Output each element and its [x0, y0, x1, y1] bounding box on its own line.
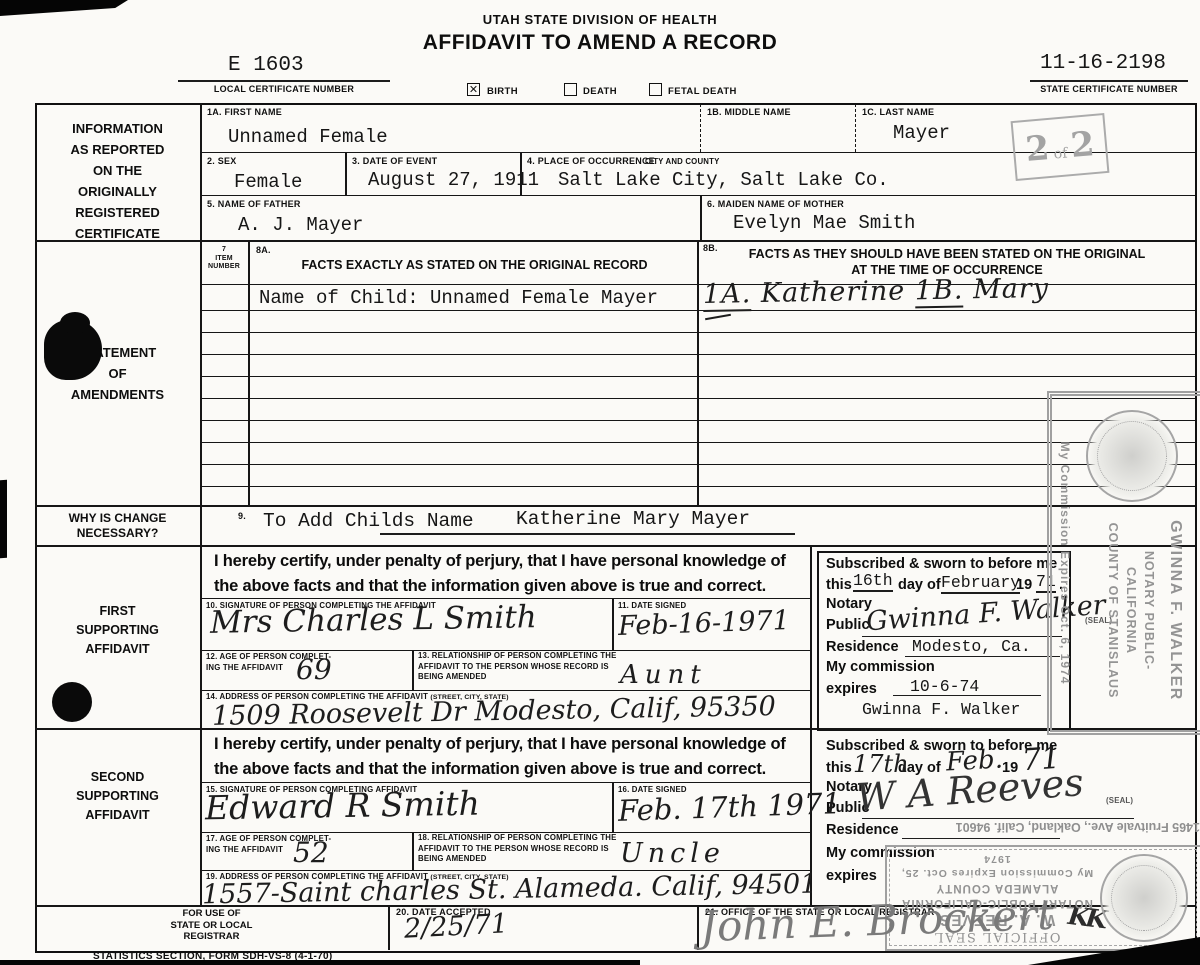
stamp-of: of [1053, 145, 1068, 162]
grid-line [200, 442, 1195, 443]
page-title: AFFIDAVIT TO AMEND A RECORD [0, 31, 1200, 55]
birth-check-mark: ✕ [469, 85, 478, 94]
corrected-item-b: 1B. [915, 274, 964, 308]
grid-line [200, 332, 1195, 333]
date-signed1-value: Feb-16-1971 [618, 605, 791, 642]
grid-line [612, 598, 614, 650]
date-of-event-label: 3. DATE OF EVENT [352, 156, 437, 168]
reeves-stamp-commission: My Commission Expires Oct. 25, 1974 [897, 852, 1097, 880]
middle-name-label: 1B. MIDDLE NAME [707, 107, 791, 119]
state-certificate-number: 11-16-2198 [1040, 52, 1166, 75]
sidebar-second-affidavit: SECOND SUPPORTING AFFIDAVIT [35, 768, 200, 825]
fetal-death-checkbox-label: FETAL DEATH [668, 86, 737, 97]
scan-edge-artifact [0, 480, 7, 558]
notary1-month: February [941, 573, 1020, 594]
sex-value: Female [234, 171, 302, 193]
relationship1-value: Aunt [620, 660, 707, 690]
sidebar-why-change: WHY IS CHANGE NECESSARY? [35, 511, 200, 541]
seal2-label: (SEAL) [1106, 796, 1133, 805]
walker-stamp-name: GWINNA F. WALKER [1166, 508, 1184, 713]
death-checkbox [564, 83, 577, 96]
writing-line [905, 656, 1060, 657]
grid-line [388, 905, 390, 950]
grid-line [200, 195, 1195, 196]
local-certificate-number: E 1603 [228, 54, 304, 77]
first-name-value: Unnamed Female [228, 126, 388, 148]
place-sublabel: CITY AND COUNTY [645, 157, 719, 166]
grid-line [200, 782, 810, 783]
notary2-this: this [826, 760, 852, 776]
certify-statement-1: I hereby certify, under penalty of perju… [214, 549, 814, 599]
grid-line [200, 103, 202, 905]
writing-line [380, 533, 795, 535]
california-state-seal [1086, 410, 1178, 502]
relationship1-label: 13. RELATIONSHIP OF PERSON COMPLETING TH… [418, 651, 617, 683]
signature1-value: Mrs Charles L Smith [210, 599, 537, 641]
affidavit-document: UTAH STATE DIVISION OF HEALTH AFFIDAVIT … [0, 0, 1200, 965]
grid-line [200, 310, 1195, 311]
certify-statement-2: I hereby certify, under penalty of perju… [214, 732, 814, 782]
birth-checkbox-label: BIRTH [487, 86, 518, 97]
fetal-death-checkbox [649, 83, 662, 96]
notary1-public-word: Public [826, 617, 870, 633]
facts-corrected-heading: FACTS AS THEY SHOULD HAVE BEEN STATED ON… [703, 246, 1191, 278]
walker-stamp-title: NOTARY PUBLIC-CALIFORNIA [1122, 508, 1158, 713]
sidebar-original-info: INFORMATION AS REPORTED ON THE ORIGINALL… [35, 118, 200, 244]
sidebar-registrar-use: FOR USE OF STATE OR LOCAL REGISTRAR [35, 908, 388, 943]
grid-line [697, 905, 699, 950]
grid-line [700, 104, 701, 152]
sex-label: 2. SEX [207, 156, 237, 168]
walker-stamp-commission: My Commission Expires Oct. 6, 1974 [1058, 396, 1072, 730]
stamp-number: 2 [1069, 124, 1096, 166]
walker-notary-stamp: GWINNA F. WALKER NOTARY PUBLIC-CALIFORNI… [1047, 391, 1200, 735]
california-state-seal [1100, 854, 1188, 942]
ink-dot [52, 682, 92, 722]
mother-name-value: Evelyn Mae Smith [733, 212, 915, 234]
grid-line [35, 545, 1195, 547]
writing-line [902, 838, 1060, 839]
notary1-subscribed: Subscribed & sworn to before me [826, 556, 1057, 572]
walker-stamp-county: COUNTY OF STANISLAUS [1104, 508, 1122, 713]
local-certificate-underline [178, 80, 390, 82]
notary1-expires-value: 10-6-74 [910, 677, 979, 696]
grid-line [200, 464, 1195, 465]
grid-line [248, 240, 250, 505]
reason-text: To Add Childs Name [263, 510, 474, 532]
corrected-item-a: 1A. [703, 278, 752, 312]
writing-line [862, 818, 1134, 819]
sidebar-first-affidavit: FIRST SUPPORTING AFFIDAVIT [35, 602, 200, 659]
corrected-name-b: Mary [973, 273, 1049, 305]
amendment-original-value: Name of Child: Unnamed Female Mayer [259, 287, 658, 309]
reason-name: Katherine Mary Mayer [516, 508, 750, 530]
corrected-name-a: Katherine [761, 275, 906, 309]
amendment-corrected-value: 1A. Katherine 1B. Mary [703, 273, 1049, 310]
stamp-number: 2 [1024, 128, 1051, 170]
grid-line [697, 240, 699, 505]
state-certificate-label: STATE CERTIFICATE NUMBER [1030, 84, 1188, 96]
notary2-residence-label: Residence [826, 822, 899, 838]
notary2-expires-label: expires [826, 868, 877, 884]
grid-line [412, 832, 414, 870]
last-name-value: Mayer [893, 122, 950, 144]
agency-name: UTAH STATE DIVISION OF HEALTH [0, 12, 1200, 27]
notary1-typed-name: Gwinna F. Walker [862, 700, 1020, 719]
facts-original-heading: FACTS EXACTLY AS STATED ON THE ORIGINAL … [252, 258, 697, 272]
local-certificate-label: LOCAL CERTIFICATE NUMBER [178, 84, 390, 96]
item-number-column-header: 7 ITEM NUMBER [200, 246, 248, 272]
place-value: Salt Lake City, Salt Lake Co. [558, 169, 889, 191]
grid-line [35, 505, 1195, 507]
grid-line [412, 650, 414, 690]
reeves-stamp-address: 1465 Fruitvale Ave., Oakland, Calif. 946… [920, 820, 1200, 834]
notary1-dayof: day of [898, 577, 941, 593]
grid-line [700, 195, 702, 240]
relationship2-label: 18. RELATIONSHIP OF PERSON COMPLETING TH… [418, 833, 617, 865]
notary1-this: this [826, 577, 852, 593]
father-name-label: 5. NAME OF FATHER [207, 199, 301, 211]
birth-checkbox: ✕ [467, 83, 480, 96]
page-2of2-stamp: 2 of 2 [1011, 113, 1110, 181]
grid-line [612, 782, 614, 832]
father-name-value: A. J. Mayer [238, 214, 363, 236]
age1-value: 69 [296, 653, 332, 686]
grid-line [200, 486, 1195, 487]
grid-line [200, 420, 1195, 421]
state-certificate-underline [1030, 80, 1188, 82]
grid-line [345, 152, 347, 195]
age2-value: 52 [293, 836, 329, 869]
grid-line [855, 104, 856, 152]
date-accepted-value: 2/25/71 [403, 908, 509, 944]
notary1-expires-label: expires [826, 681, 877, 697]
notary1-day: 16th [853, 571, 893, 592]
mother-name-label: 6. MAIDEN NAME OF MOTHER [707, 199, 844, 211]
last-name-label: 1C. LAST NAME [862, 107, 934, 119]
facts-original-number: 8A. [256, 245, 271, 257]
scan-edge-artifact [0, 960, 640, 965]
place-label: 4. PLACE OF OCCURRENCE [527, 156, 655, 168]
signature2-value: Edward R Smith [205, 784, 480, 828]
reason-item-number: 9. [238, 511, 246, 523]
relationship2-value: Uncle [620, 838, 725, 869]
grid-line [35, 240, 1195, 242]
grid-line [200, 354, 1195, 355]
death-checkbox-label: DEATH [583, 86, 617, 97]
grid-line [200, 398, 1195, 399]
notary1-residence-label: Residence [826, 639, 899, 655]
notary1-commission-label: My commission [826, 659, 935, 675]
ink-blob [60, 312, 90, 334]
date-of-event-value: August 27, 1911 [368, 169, 539, 191]
notary1-residence-value: Modesto, Ca. [912, 637, 1031, 656]
grid-line [200, 376, 1195, 377]
first-name-label: 1A. FIRST NAME [207, 107, 282, 119]
